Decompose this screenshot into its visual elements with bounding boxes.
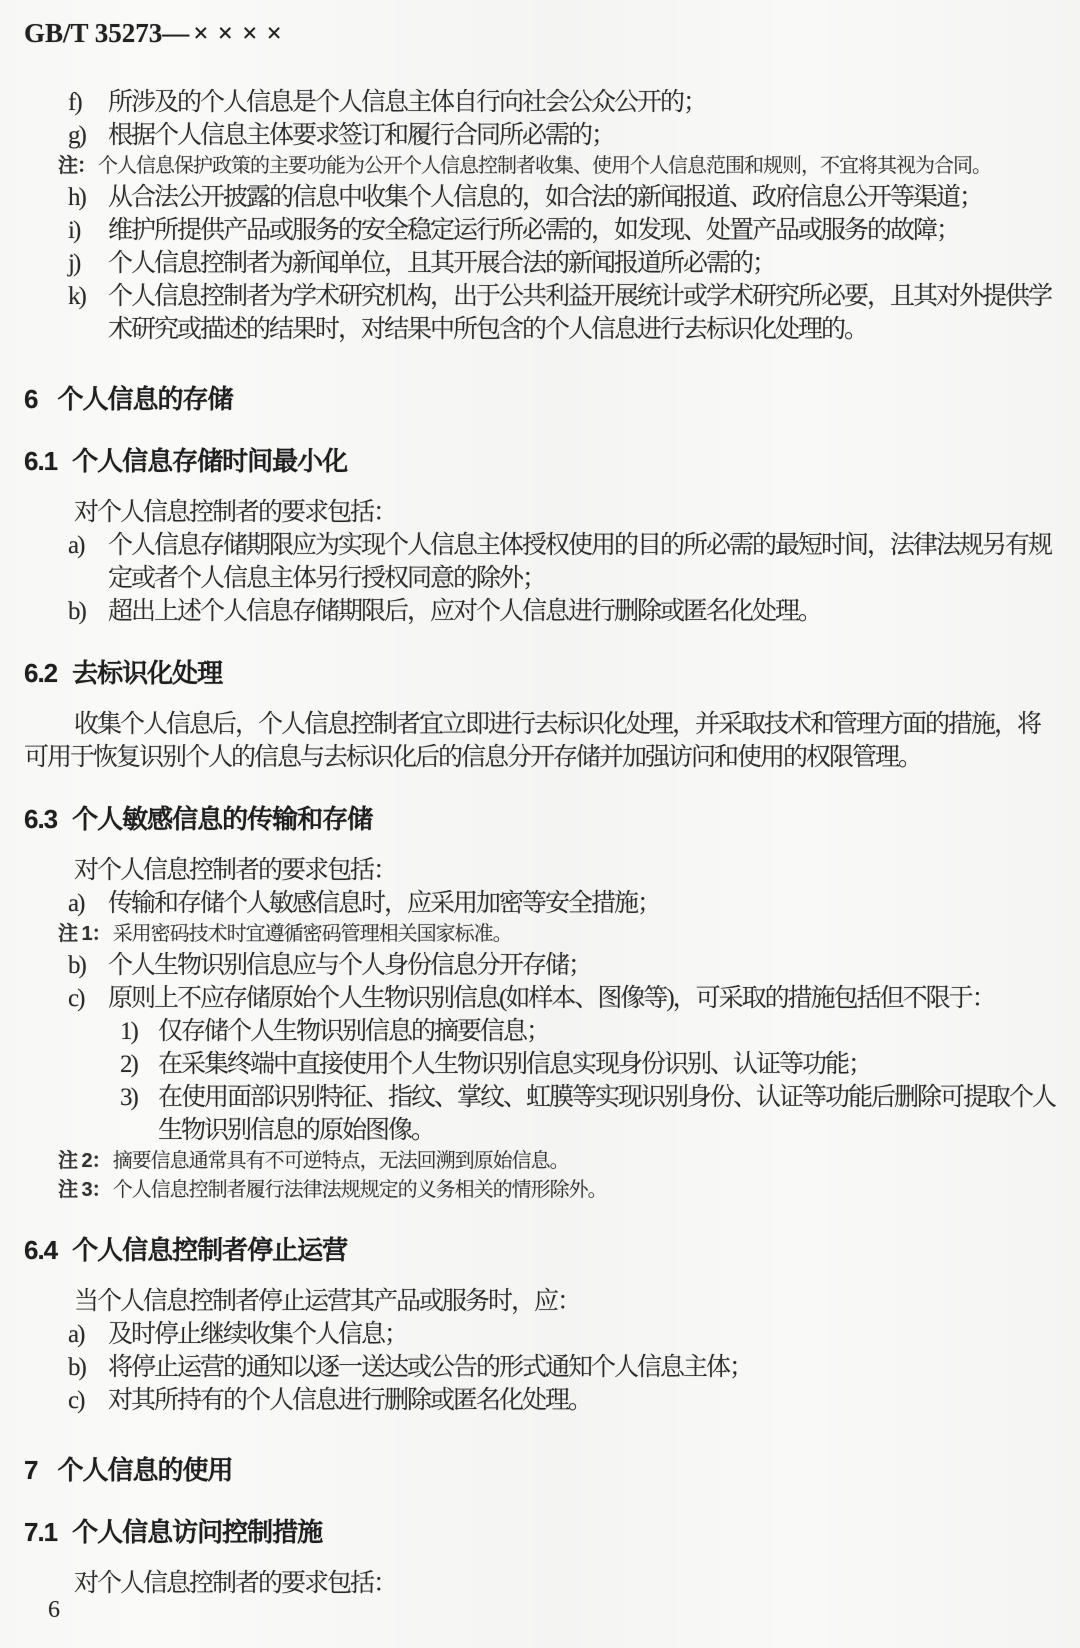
list-item-6-4-b: b) 将停止运营的通知以逐一送达或公告的形式通知个人信息主体； <box>68 1351 1056 1384</box>
note-label: 注 3： <box>58 1176 113 1205</box>
note-text: 采用密码技术时宜遵循密码管理相关国家标准。 <box>113 920 1056 949</box>
note-text: 摘要信息通常具有不可逆特点，无法回溯到原始信息。 <box>113 1147 1056 1176</box>
list-item-6-3-b: b) 个人生物识别信息应与个人身份信息分开存储； <box>68 949 1056 982</box>
clause-title: 个人信息的存储 <box>57 384 232 414</box>
clause-title: 个人信息存储时间最小化 <box>72 446 347 476</box>
item-text: 在使用面部识别特征、指纹、掌纹、虹膜等实现识别身份、认证等功能后删除可提取个人生… <box>158 1081 1056 1147</box>
note-2: 注 2： 摘要信息通常具有不可逆特点，无法回溯到原始信息。 <box>58 1147 1056 1176</box>
section-6-3-heading: 6.3个人敏感信息的传输和存储 <box>24 802 1056 836</box>
clause-number: 7.1 <box>24 1517 57 1547</box>
item-text: 对其所持有的个人信息进行删除或匿名化处理。 <box>108 1384 1056 1417</box>
list-item-6-3-a: a) 传输和存储个人敏感信息时，应采用加密等安全措施； <box>68 887 1056 920</box>
list-item-i: i) 维护所提供产品或服务的安全稳定运行所必需的，如发现、处置产品或服务的故障； <box>68 214 1056 247</box>
doc-code-placeholder: ×××× <box>193 18 291 48</box>
section-6-1-heading: 6.1个人信息存储时间最小化 <box>24 444 1056 478</box>
section-6-heading: 6个人信息的存储 <box>24 382 1056 416</box>
scanned-document: { "header": { "prefix": "GB/T 35273—", "… <box>0 0 1080 1648</box>
paragraph-6-4-intro: 当个人信息控制者停止运营其产品或服务时，应： <box>24 1285 1056 1318</box>
item-label: b) <box>68 949 108 982</box>
item-text: 原则上不应存储原始个人生物识别信息(如样本、图像等)，可采取的措施包括但不限于： <box>108 982 1056 1015</box>
item-label: i) <box>68 214 108 247</box>
item-text: 个人生物识别信息应与个人身份信息分开存储； <box>108 949 1056 982</box>
doc-header: GB/T 35273—×××× <box>24 16 1056 50</box>
section-7-1-heading: 7.1个人信息访问控制措施 <box>24 1515 1056 1549</box>
item-text: 个人信息控制者为学术研究机构，出于公共利益开展统计或学术研究所必要，且其对外提供… <box>108 280 1056 346</box>
page-number: 6 <box>48 1597 60 1624</box>
note-text: 个人信息控制者履行法律法规规定的义务相关的情形除外。 <box>113 1176 1056 1205</box>
item-label: j) <box>68 247 108 280</box>
list-item-k: k) 个人信息控制者为学术研究机构，出于公共利益开展统计或学术研究所必要，且其对… <box>68 280 1056 346</box>
note-1: 注 1： 采用密码技术时宜遵循密码管理相关国家标准。 <box>58 920 1056 949</box>
list-item-6-3-c: c) 原则上不应存储原始个人生物识别信息(如样本、图像等)，可采取的措施包括但不… <box>68 982 1056 1015</box>
item-label: a) <box>68 887 108 920</box>
clause-number: 7 <box>24 1455 37 1485</box>
list-item-j: j) 个人信息控制者为新闻单位，且其开展合法的新闻报道所必需的； <box>68 247 1056 280</box>
item-text: 在采集终端中直接使用个人生物识别信息实现身份识别、认证等功能； <box>158 1048 1056 1081</box>
item-label: b) <box>68 1351 108 1384</box>
clause-title: 个人信息控制者停止运营 <box>72 1235 347 1265</box>
item-label: 1) <box>120 1015 158 1048</box>
clause-title: 个人信息访问控制措施 <box>72 1517 322 1547</box>
list-item-6-4-c: c) 对其所持有的个人信息进行删除或匿名化处理。 <box>68 1384 1056 1417</box>
paragraph-6-1-intro: 对个人信息控制者的要求包括： <box>24 496 1056 529</box>
item-label: c) <box>68 982 108 1015</box>
item-label: a) <box>68 1318 108 1351</box>
paragraph-7-1-intro: 对个人信息控制者的要求包括： <box>24 1567 1056 1600</box>
note-label: 注 2： <box>58 1147 113 1176</box>
sublist-item-6-3-c-3: 3) 在使用面部识别特征、指纹、掌纹、虹膜等实现识别身份、认证等功能后删除可提取… <box>120 1081 1056 1147</box>
clause-title: 去标识化处理 <box>72 658 222 688</box>
item-label: h) <box>68 181 108 214</box>
doc-code: GB/T 35273— <box>24 18 189 48</box>
clause-number: 6.4 <box>24 1235 57 1265</box>
item-text: 将停止运营的通知以逐一送达或公告的形式通知个人信息主体； <box>108 1351 1056 1384</box>
item-label: a) <box>68 529 108 595</box>
section-6-2-heading: 6.2去标识化处理 <box>24 656 1056 690</box>
item-text: 超出上述个人信息存储期限后，应对个人信息进行删除或匿名化处理。 <box>108 595 1056 628</box>
item-label: b) <box>68 595 108 628</box>
item-text: 维护所提供产品或服务的安全稳定运行所必需的，如发现、处置产品或服务的故障； <box>108 214 1056 247</box>
list-item-6-1-a: a) 个人信息存储期限应为实现个人信息主体授权使用的目的所必需的最短时间，法律法… <box>68 529 1056 595</box>
item-text: 个人信息控制者为新闻单位，且其开展合法的新闻报道所必需的； <box>108 247 1056 280</box>
note-label: 注 1： <box>58 920 113 949</box>
item-text: 传输和存储个人敏感信息时，应采用加密等安全措施； <box>108 887 1056 920</box>
sublist-item-6-3-c-1: 1) 仅存储个人生物识别信息的摘要信息； <box>120 1015 1056 1048</box>
item-label: c) <box>68 1384 108 1417</box>
item-text: 仅存储个人生物识别信息的摘要信息； <box>158 1015 1056 1048</box>
list-item-f: f) 所涉及的个人信息是个人信息主体自行向社会公众公开的； <box>68 86 1056 119</box>
section-6-4-heading: 6.4个人信息控制者停止运营 <box>24 1233 1056 1267</box>
clause-number: 6 <box>24 384 37 414</box>
item-text: 根据个人信息主体要求签订和履行合同所必需的； <box>108 119 1056 152</box>
note-text: 个人信息保护政策的主要功能为公开个人信息控制者收集、使用个人信息范围和规则，不宜… <box>98 152 1056 181</box>
item-label: 3) <box>120 1081 158 1147</box>
item-label: g) <box>68 119 108 152</box>
item-text: 及时停止继续收集个人信息； <box>108 1318 1056 1351</box>
clause-title: 个人敏感信息的传输和存储 <box>72 804 372 834</box>
page: GB/T 35273—×××× f) 所涉及的个人信息是个人信息主体自行向社会公… <box>0 0 1080 1600</box>
item-text: 所涉及的个人信息是个人信息主体自行向社会公众公开的； <box>108 86 1056 119</box>
note-3: 注 3： 个人信息控制者履行法律法规规定的义务相关的情形除外。 <box>58 1176 1056 1205</box>
item-label: 2) <box>120 1048 158 1081</box>
list-item-h: h) 从合法公开披露的信息中收集个人信息的，如合法的新闻报道、政府信息公开等渠道… <box>68 181 1056 214</box>
list-item-6-1-b: b) 超出上述个人信息存储期限后，应对个人信息进行删除或匿名化处理。 <box>68 595 1056 628</box>
item-text: 从合法公开披露的信息中收集个人信息的，如合法的新闻报道、政府信息公开等渠道； <box>108 181 1056 214</box>
note-label: 注： <box>58 152 98 181</box>
section-7-heading: 7个人信息的使用 <box>24 1453 1056 1487</box>
item-label: k) <box>68 280 108 346</box>
clause-number: 6.3 <box>24 804 57 834</box>
list-item-g: g) 根据个人信息主体要求签订和履行合同所必需的； <box>68 119 1056 152</box>
sublist-item-6-3-c-2: 2) 在采集终端中直接使用个人生物识别信息实现身份识别、认证等功能； <box>120 1048 1056 1081</box>
clause-title: 个人信息的使用 <box>57 1455 232 1485</box>
item-text: 个人信息存储期限应为实现个人信息主体授权使用的目的所必需的最短时间，法律法规另有… <box>108 529 1056 595</box>
clause-number: 6.1 <box>24 446 57 476</box>
item-label: f) <box>68 86 108 119</box>
list-item-6-4-a: a) 及时停止继续收集个人信息； <box>68 1318 1056 1351</box>
paragraph-6-2-body: 收集个人信息后，个人信息控制者宜立即进行去标识化处理，并采取技术和管理方面的措施… <box>24 708 1056 774</box>
paragraph-6-3-intro: 对个人信息控制者的要求包括： <box>24 854 1056 887</box>
note: 注： 个人信息保护政策的主要功能为公开个人信息控制者收集、使用个人信息范围和规则… <box>58 152 1056 181</box>
clause-number: 6.2 <box>24 658 57 688</box>
